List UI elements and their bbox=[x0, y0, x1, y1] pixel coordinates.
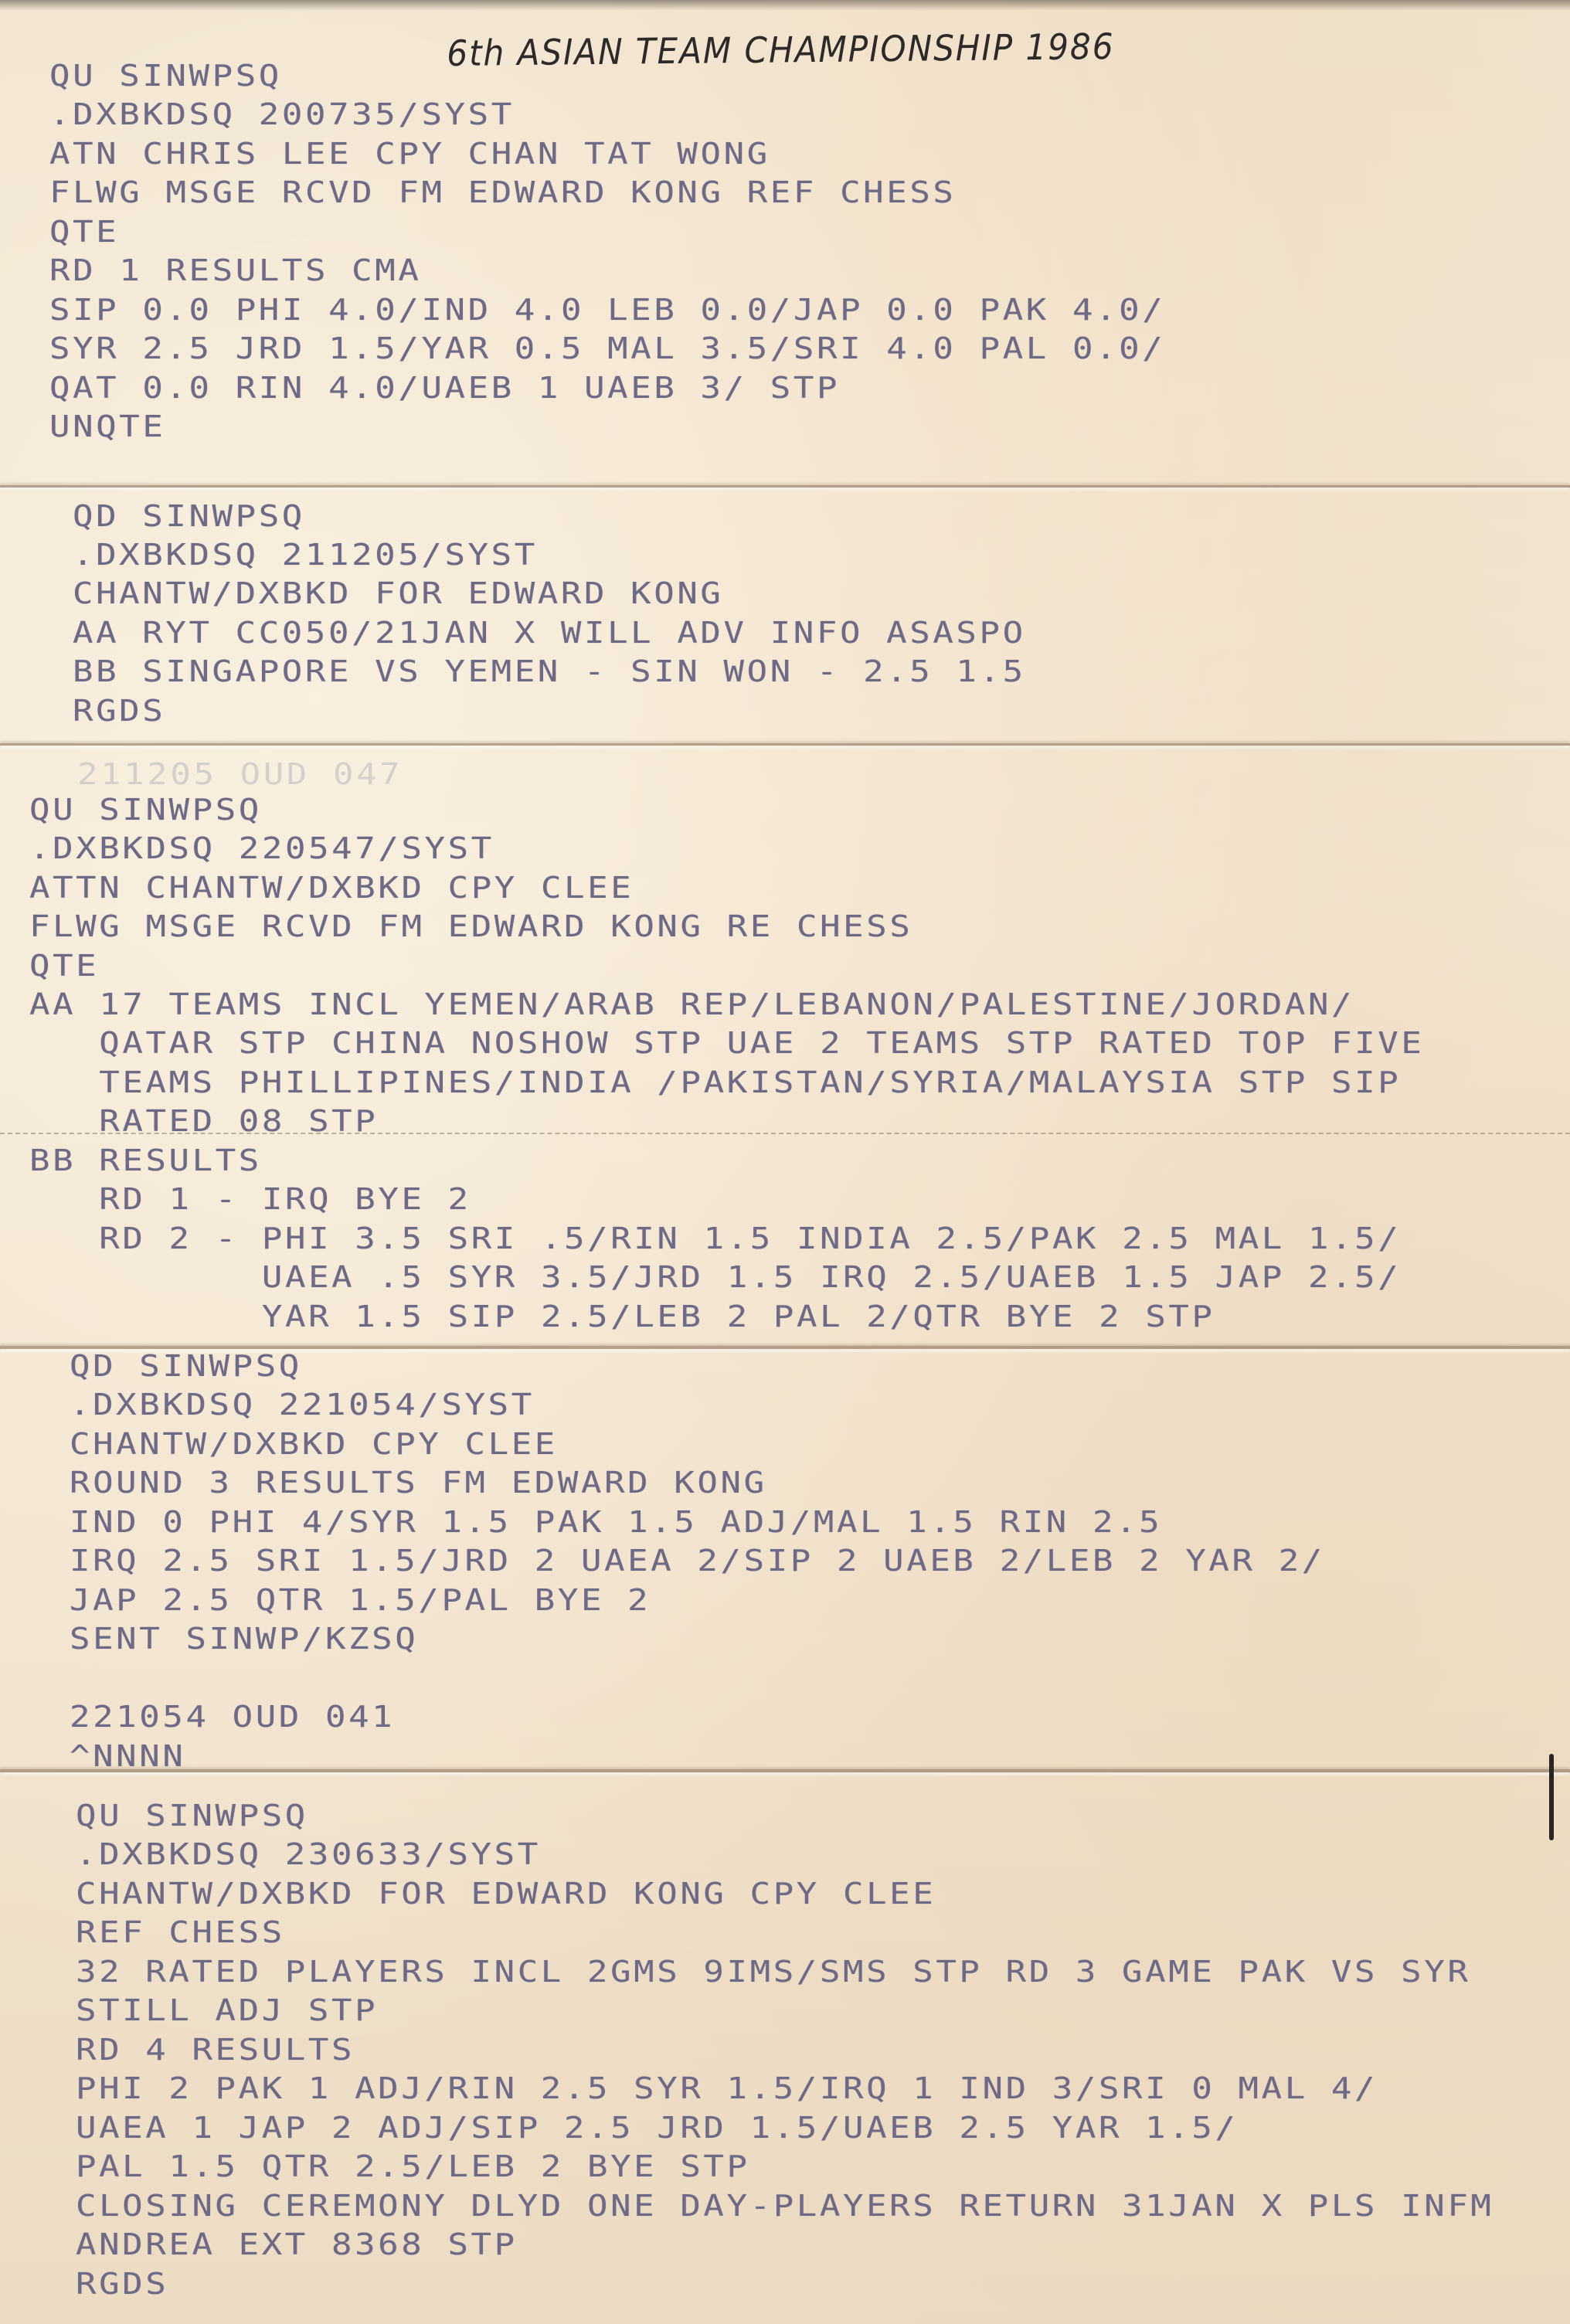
telex-line: PAL 1.5 QTR 2.5/LEB 2 BYE STP bbox=[76, 2152, 750, 2182]
telex-line: IRQ 2.5 SRI 1.5/JRD 2 UAEA 2/SIP 2 UAEB … bbox=[70, 1547, 1325, 1576]
telex-line: ^NNNN bbox=[70, 1742, 185, 1772]
perforation-line bbox=[0, 1133, 1570, 1134]
telex-line: .DXBKDSQ 200735/SYST bbox=[49, 100, 515, 130]
telex-line: QTE bbox=[49, 218, 119, 247]
telex-line: SENT SINWP/KZSQ bbox=[70, 1625, 418, 1654]
telex-line: QD SINWPSQ bbox=[73, 502, 305, 532]
telex-line: IND 0 PHI 4/SYR 1.5 PAK 1.5 ADJ/MAL 1.5 … bbox=[70, 1508, 1162, 1537]
telex-line: TEAMS PHILLIPINES/INDIA /PAKISTAN/SYRIA/… bbox=[29, 1069, 1401, 1098]
telex-message-2: QD SINWPSQ .DXBKDSQ 211205/SYST CHANTW/D… bbox=[0, 487, 1570, 742]
telex-line: UNQTE bbox=[49, 413, 165, 442]
telex-line: BB RESULTS bbox=[29, 1147, 262, 1176]
bleed-through-text: 211205 OUD 047 bbox=[77, 760, 403, 790]
telex-line: CLOSING CEREMONY DLYD ONE DAY-PLAYERS RE… bbox=[76, 2192, 1494, 2221]
telex-line: QTE bbox=[29, 952, 99, 981]
telex-line: SIP 0.0 PHI 4.0/IND 4.0 LEB 0.0/JAP 0.0 … bbox=[49, 296, 1165, 325]
telex-line: .DXBKDSQ 211205/SYST bbox=[73, 541, 538, 570]
telex-line: ATN CHRIS LEE CPY CHAN TAT WONG bbox=[49, 140, 770, 169]
telex-line: QU SINWPSQ bbox=[49, 62, 282, 91]
telex-line: RD 2 - PHI 3.5 SRI .5/RIN 1.5 INDIA 2.5/… bbox=[29, 1225, 1401, 1254]
telex-line: REF CHESS bbox=[76, 1918, 285, 1948]
telex-line: .DXBKDSQ 221054/SYST bbox=[70, 1391, 535, 1420]
telex-message-5: QU SINWPSQ .DXBKDSQ 230633/SYST CHANTW/D… bbox=[0, 1771, 1570, 2324]
telex-line: .DXBKDSQ 230633/SYST bbox=[76, 1840, 541, 1870]
telex-line: .DXBKDSQ 220547/SYST bbox=[29, 834, 494, 864]
telex-line: FLWG MSGE RCVD FM EDWARD KONG REF CHESS bbox=[49, 178, 957, 208]
scanned-telex-page: 6th ASIAN TEAM CHAMPIONSHIP 1986 QU SINW… bbox=[0, 0, 1570, 2324]
telex-line: RD 1 RESULTS CMA bbox=[49, 257, 421, 286]
telex-line: QD SINWPSQ bbox=[70, 1352, 302, 1381]
telex-line: UAEA 1 JAP 2 ADJ/SIP 2.5 JRD 1.5/UAEB 2.… bbox=[76, 2114, 1239, 2143]
telex-line: ROUND 3 RESULTS FM EDWARD KONG bbox=[70, 1469, 767, 1498]
telex-line: AA RYT CC050/21JAN X WILL ADV INFO ASASP… bbox=[73, 619, 1026, 648]
telex-message-4: QD SINWPSQ .DXBKDSQ 221054/SYST CHANTW/D… bbox=[0, 1347, 1570, 1765]
telex-line: CHANTW/DXBKD FOR EDWARD KONG bbox=[73, 579, 724, 609]
telex-line: ANDREA EXT 8368 STP bbox=[76, 2231, 518, 2260]
telex-message-1: QU SINWPSQ .DXBKDSQ 200735/SYST ATN CHRI… bbox=[0, 0, 1570, 482]
telex-line: QATAR STP CHINA NOSHOW STP UAE 2 TEAMS S… bbox=[29, 1029, 1424, 1058]
telex-line: RGDS bbox=[76, 2270, 168, 2299]
telex-line: RGDS bbox=[73, 697, 165, 726]
telex-line: BB SINGAPORE VS YEMEN - SIN WON - 2.5 1.… bbox=[73, 657, 1026, 687]
telex-line: CHANTW/DXBKD CPY CLEE bbox=[70, 1430, 558, 1459]
telex-line: QU SINWPSQ bbox=[29, 796, 262, 825]
telex-line: UAEA .5 SYR 3.5/JRD 1.5 IRQ 2.5/UAEB 1.5… bbox=[29, 1263, 1401, 1293]
telex-line: QU SINWPSQ bbox=[76, 1802, 308, 1831]
telex-line: SYR 2.5 JRD 1.5/YAR 0.5 MAL 3.5/SRI 4.0 … bbox=[49, 335, 1165, 364]
telex-line: PHI 2 PAK 1 ADJ/RIN 2.5 SYR 1.5/IRQ 1 IN… bbox=[76, 2074, 1378, 2104]
telex-line: STILL ADJ STP bbox=[76, 1996, 378, 2026]
telex-line: QAT 0.0 RIN 4.0/UAEB 1 UAEB 3/ STP bbox=[49, 374, 840, 403]
telex-line: RD 4 RESULTS bbox=[76, 2036, 355, 2065]
telex-line: CHANTW/DXBKD FOR EDWARD KONG CPY CLEE bbox=[76, 1880, 936, 1909]
telex-line: ATTN CHANTW/DXBKD CPY CLEE bbox=[29, 874, 634, 903]
telex-line: 221054 OUD 041 bbox=[70, 1703, 395, 1732]
telex-line: RD 1 - IRQ BYE 2 bbox=[29, 1185, 471, 1215]
telex-line: YAR 1.5 SIP 2.5/LEB 2 PAL 2/QTR BYE 2 ST… bbox=[29, 1303, 1215, 1332]
telex-line: FLWG MSGE RCVD FM EDWARD KONG RE CHESS bbox=[29, 912, 912, 942]
telex-line: JAP 2.5 QTR 1.5/PAL BYE 2 bbox=[70, 1586, 651, 1616]
pen-mark bbox=[1549, 1754, 1554, 1840]
telex-line: AA 17 TEAMS INCL YEMEN/ARAB REP/LEBANON/… bbox=[29, 990, 1354, 1020]
telex-line: 32 RATED PLAYERS INCL 2GMS 9IMS/SMS STP … bbox=[76, 1958, 1470, 1987]
telex-message-3: 211205 OUD 047 QU SINWPSQ .DXBKDSQ 22054… bbox=[0, 745, 1570, 1341]
